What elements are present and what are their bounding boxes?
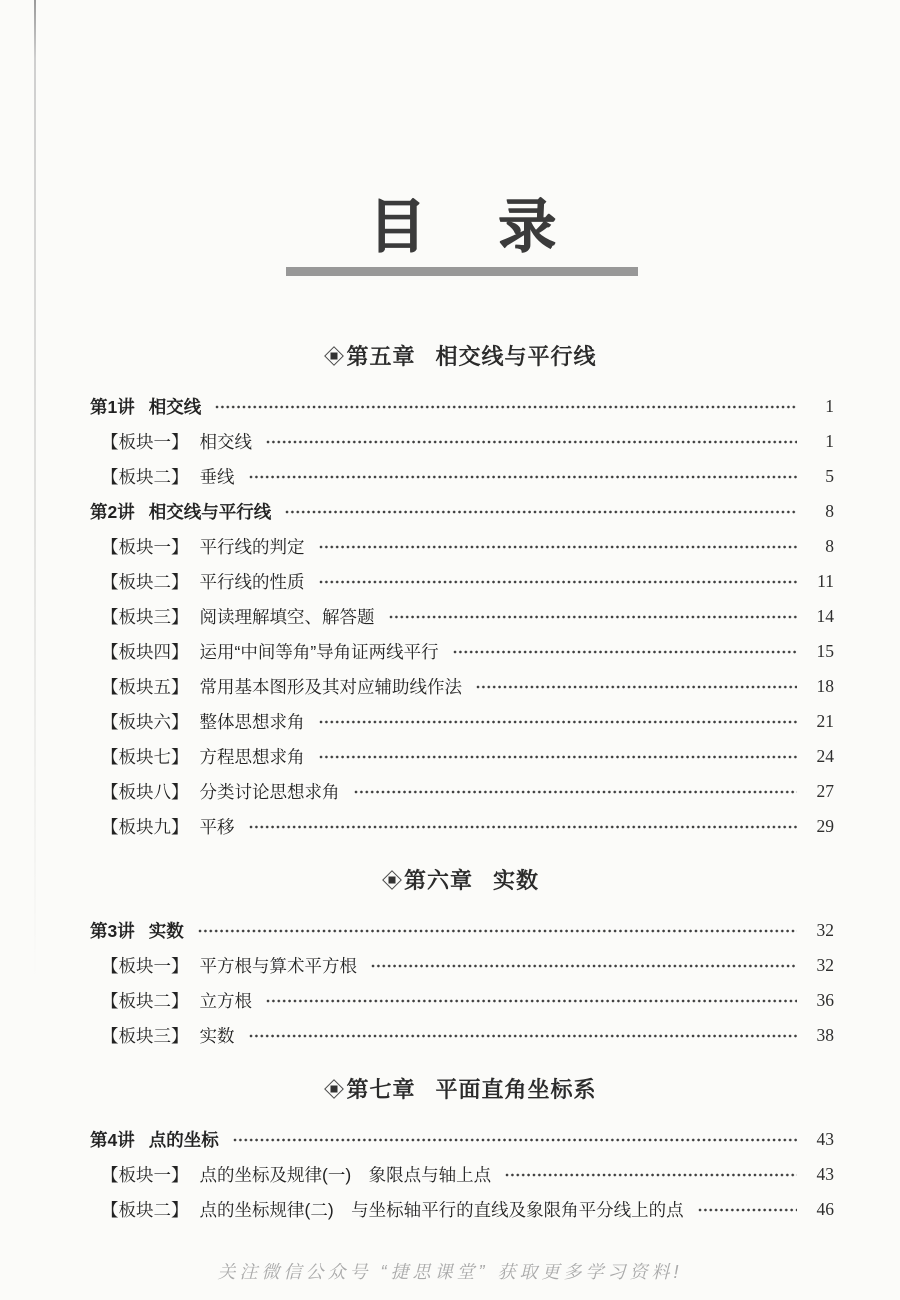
footer-watermark: 关注微信公众号 “捷思课堂” 获取更多学习资料! (0, 1258, 900, 1284)
toc-entry: 第1讲相交线1 (90, 389, 834, 424)
chapter-title: 平面直角坐标系 (436, 1073, 597, 1104)
toc-entry: 【板块二】平行线的性质11 (90, 564, 834, 599)
entry-label-prefix: 第3讲 (90, 918, 135, 943)
toc-entry: 第2讲相交线与平行线8 (90, 494, 834, 529)
entry-title: 相交线与平行线 (149, 499, 272, 524)
dot-leader (319, 544, 798, 550)
entry-page-number: 43 (806, 1164, 834, 1185)
chapter-title: 相交线与平行线 (436, 340, 597, 371)
toc-entry: 【板块四】运用“中间等角”导角证两线平行15 (90, 634, 834, 669)
chapter-heading: 第六章实数 (90, 864, 834, 895)
dot-leader (389, 614, 798, 620)
entry-page-number: 24 (806, 746, 834, 767)
entry-label-prefix: 【板块九】 (101, 814, 189, 839)
title-char-lu: 录 (498, 196, 556, 258)
entry-title: 分类讨论思想求角 (200, 779, 340, 804)
entry-label-prefix: 【板块一】 (101, 534, 189, 559)
toc-entry: 第3讲实数32 (90, 913, 834, 948)
toc-entry: 第4讲点的坐标43 (90, 1122, 834, 1157)
chapter-title: 实数 (493, 864, 539, 895)
chapter-heading: 第五章相交线与平行线 (90, 340, 834, 371)
entry-title: 平方根与算术平方根 (200, 953, 358, 978)
dot-leader (319, 719, 798, 725)
dot-leader (453, 649, 797, 655)
dot-leader (215, 404, 797, 410)
entry-title: 平行线的判定 (200, 534, 305, 559)
toc-entry: 【板块二】垂线5 (90, 459, 834, 494)
toc-section: 第六章实数第3讲实数32【板块一】平方根与算术平方根32【板块二】立方根36【板… (90, 864, 834, 1053)
title-underline-bar (286, 267, 638, 276)
toc-entry: 【板块九】平移29 (90, 809, 834, 844)
diamond-icon (325, 346, 345, 366)
entry-title: 平行线的性质 (200, 569, 305, 594)
entry-title: 整体思想求角 (200, 709, 305, 734)
entry-label-prefix: 【板块二】 (101, 464, 189, 489)
diamond-icon-core (388, 876, 395, 883)
toc-page: 目 录 第五章相交线与平行线第1讲相交线1【板块一】相交线1【板块二】垂线5第2… (0, 0, 900, 1300)
entry-page-number: 38 (806, 1025, 834, 1046)
entry-label-prefix: 【板块四】 (101, 639, 189, 664)
toc-entry: 【板块八】分类讨论思想求角27 (90, 774, 834, 809)
dot-leader (198, 928, 797, 934)
entry-title: 点的坐标及规律(一) 象限点与轴上点 (200, 1162, 492, 1187)
toc-entry: 【板块五】常用基本图形及其对应辅助线作法18 (90, 669, 834, 704)
page-title: 目 录 (12, 196, 900, 258)
dot-leader (266, 439, 797, 445)
entry-title: 方程思想求角 (200, 744, 305, 769)
diamond-icon-core (331, 352, 338, 359)
entry-label-prefix: 第2讲 (90, 499, 135, 524)
entry-title: 相交线 (149, 394, 202, 419)
chapter-number: 第六章 (404, 864, 473, 895)
toc-body: 第五章相交线与平行线第1讲相交线1【板块一】相交线1【板块二】垂线5第2讲相交线… (0, 340, 900, 1227)
entry-page-number: 1 (806, 396, 834, 417)
entry-label-prefix: 【板块一】 (101, 953, 189, 978)
entry-page-number: 18 (806, 676, 834, 697)
entry-title: 实数 (149, 918, 184, 943)
toc-entry: 【板块三】阅读理解填空、解答题14 (90, 599, 834, 634)
entry-title: 点的坐标规律(二) 与坐标轴平行的直线及象限角平分线上的点 (200, 1197, 684, 1222)
toc-entry: 【板块六】整体思想求角21 (90, 704, 834, 739)
dot-leader (319, 579, 798, 585)
entry-title: 平移 (200, 814, 235, 839)
dot-leader (371, 963, 797, 969)
entry-page-number: 5 (806, 466, 834, 487)
dot-leader (698, 1207, 797, 1213)
toc-entry: 【板块一】平方根与算术平方根32 (90, 948, 834, 983)
entry-page-number: 29 (806, 816, 834, 837)
entry-label-prefix: 【板块二】 (101, 988, 189, 1013)
entry-page-number: 14 (806, 606, 834, 627)
dot-leader (266, 998, 797, 1004)
entry-title: 运用“中间等角”导角证两线平行 (200, 639, 439, 664)
entry-label-prefix: 第4讲 (90, 1127, 135, 1152)
entry-title: 垂线 (200, 464, 235, 489)
chapter-heading: 第七章平面直角坐标系 (90, 1073, 834, 1104)
toc-entry: 【板块一】相交线1 (90, 424, 834, 459)
title-char-mu: 目 (368, 196, 426, 258)
dot-leader (476, 684, 797, 690)
entry-title: 实数 (200, 1023, 235, 1048)
entry-label-prefix: 【板块八】 (101, 779, 189, 804)
dot-leader (249, 824, 798, 830)
entry-page-number: 21 (806, 711, 834, 732)
toc-header: 目 录 (12, 0, 900, 276)
entry-page-number: 43 (806, 1129, 834, 1150)
entry-page-number: 32 (806, 920, 834, 941)
entry-label-prefix: 【板块六】 (101, 709, 189, 734)
entry-label-prefix: 【板块二】 (101, 569, 189, 594)
dot-leader (354, 789, 798, 795)
toc-entry: 【板块三】实数38 (90, 1018, 834, 1053)
entry-title: 相交线 (200, 429, 253, 454)
entry-label-prefix: 【板块一】 (101, 429, 189, 454)
entry-label-prefix: 【板块七】 (101, 744, 189, 769)
entry-page-number: 8 (806, 536, 834, 557)
entry-label-prefix: 【板块一】 (101, 1162, 189, 1187)
entry-page-number: 1 (806, 431, 834, 452)
chapter-number: 第七章 (346, 1073, 415, 1104)
entry-title: 点的坐标 (149, 1127, 219, 1152)
toc-entry: 【板块二】立方根36 (90, 983, 834, 1018)
diamond-icon-core (331, 1085, 338, 1092)
entry-page-number: 27 (806, 781, 834, 802)
entry-page-number: 46 (806, 1199, 834, 1220)
dot-leader (249, 1033, 798, 1039)
toc-section: 第七章平面直角坐标系第4讲点的坐标43【板块一】点的坐标及规律(一) 象限点与轴… (90, 1073, 834, 1227)
entry-page-number: 36 (806, 990, 834, 1011)
entry-page-number: 11 (806, 571, 834, 592)
toc-section: 第五章相交线与平行线第1讲相交线1【板块一】相交线1【板块二】垂线5第2讲相交线… (90, 340, 834, 844)
entry-label-prefix: 【板块五】 (101, 674, 189, 699)
toc-entry: 【板块二】点的坐标规律(二) 与坐标轴平行的直线及象限角平分线上的点46 (90, 1192, 834, 1227)
diamond-icon (382, 870, 402, 890)
toc-entry: 【板块七】方程思想求角24 (90, 739, 834, 774)
dot-leader (285, 509, 797, 515)
dot-leader (505, 1172, 797, 1178)
dot-leader (249, 474, 798, 480)
entry-page-number: 8 (806, 501, 834, 522)
entry-title: 常用基本图形及其对应辅助线作法 (200, 674, 463, 699)
toc-entry: 【板块一】平行线的判定8 (90, 529, 834, 564)
entry-label-prefix: 【板块三】 (101, 1023, 189, 1048)
entry-title: 阅读理解填空、解答题 (200, 604, 375, 629)
dot-leader (319, 754, 798, 760)
diamond-icon (325, 1079, 345, 1099)
entry-title: 立方根 (200, 988, 253, 1013)
dot-leader (233, 1137, 797, 1143)
entry-page-number: 15 (806, 641, 834, 662)
entry-label-prefix: 【板块二】 (101, 1197, 189, 1222)
entry-page-number: 32 (806, 955, 834, 976)
toc-entry: 【板块一】点的坐标及规律(一) 象限点与轴上点43 (90, 1157, 834, 1192)
entry-label-prefix: 第1讲 (90, 394, 135, 419)
entry-label-prefix: 【板块三】 (101, 604, 189, 629)
chapter-number: 第五章 (346, 340, 415, 371)
